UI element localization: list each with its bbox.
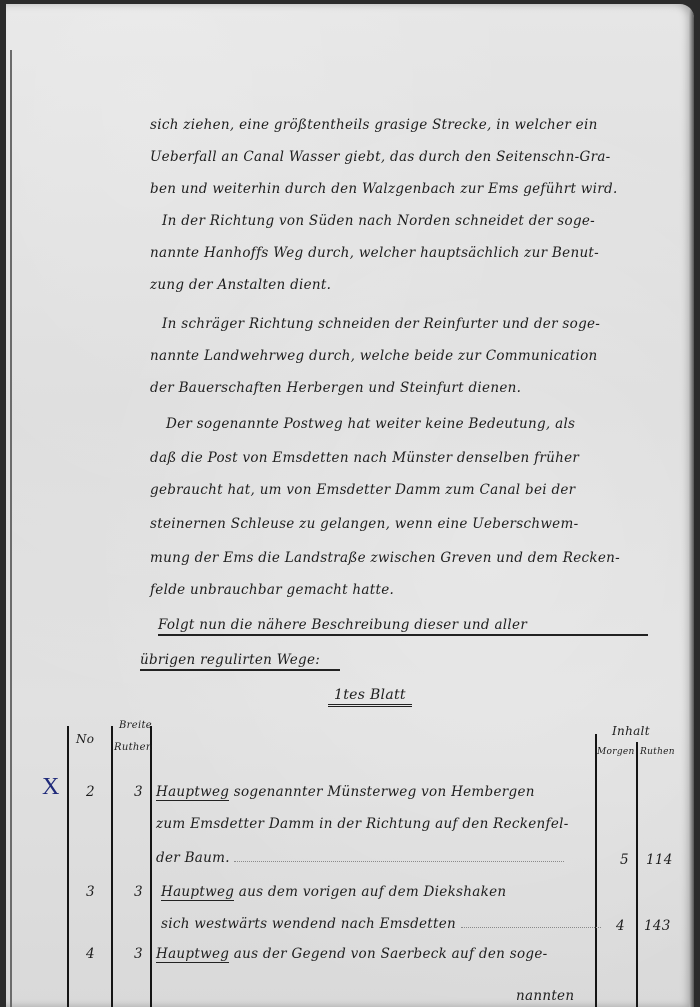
prose-line: felde unbrauchbar gemacht hatte. [150, 582, 394, 598]
row-description-line: sich westwärts wendend nach Emsdetten [161, 916, 601, 932]
prose-line: ben und weiterhin durch den Walzgenbach … [150, 181, 618, 197]
table-rule-morgen [636, 742, 638, 1003]
dotted-leader [234, 860, 564, 862]
road-type: Hauptweg [156, 784, 229, 801]
prose-line: der Bauerschaften Herbergen und Steinfur… [150, 380, 521, 396]
table-rule-no [111, 726, 113, 1003]
dotted-leader [461, 926, 601, 928]
header-ruthen: Ruthen [640, 747, 675, 757]
header-number: No [76, 732, 94, 746]
row-description-line: nannten [516, 988, 574, 1003]
table-rule-desc [595, 734, 597, 1003]
margin-annotation-x: X [42, 774, 59, 801]
table-rule-left [67, 726, 69, 1003]
prose-line: steinernen Schleuse zu gelangen, wenn ei… [150, 516, 578, 532]
row-description-text: der Baum. [156, 850, 230, 866]
header-content: Inhalt [612, 724, 650, 738]
row-description-line: der Baum. [156, 850, 564, 866]
row-number: 3 [86, 884, 95, 900]
heading-line-1: Folgt nun die nähere Beschreibung dieser… [158, 617, 648, 636]
row-number: 4 [86, 946, 95, 962]
row-description-rest: sogenannter Münsterweg von Hembergen [229, 784, 535, 800]
header-width-top: Breite [119, 720, 152, 731]
manuscript-page: sich ziehen, eine größtentheils grasige … [6, 4, 694, 1003]
header-width-bottom: Ruthen [114, 742, 153, 753]
heading-line-2: übrigen regulirten Wege: [140, 652, 340, 671]
prose-line: In schräger Richtung schneiden der Reinf… [162, 316, 600, 332]
table-rule-breite [150, 726, 152, 1003]
prose-line: gebraucht hat, um von Emsdetter Damm zum… [150, 482, 575, 498]
sheet-title: 1tes Blatt [328, 687, 412, 707]
road-type: Hauptweg [161, 884, 234, 901]
row-description-rest: aus dem vorigen auf dem Diekshaken [234, 884, 506, 900]
prose-line: sich ziehen, eine größtentheils grasige … [150, 117, 598, 133]
row-morgen: 4 [616, 918, 625, 934]
header-morgen: Morgen [597, 747, 635, 757]
prose-line: nannte Landwehrweg durch, welche beide z… [150, 348, 598, 364]
prose-line: daß die Post von Emsdetten nach Münster … [150, 450, 579, 466]
binding-edge [10, 50, 12, 1003]
row-description-line: zum Emsdetter Damm in der Richtung auf d… [156, 816, 569, 832]
row-description-line: Hauptweg aus dem vorigen auf dem Dieksha… [161, 884, 506, 900]
row-description-text: sich westwärts wendend nach Emsdetten [161, 916, 456, 932]
row-ruthen: 143 [644, 918, 671, 934]
row-number: 2 [86, 784, 95, 800]
prose-line: mung der Ems die Landstraße zwischen Gre… [150, 550, 620, 566]
road-type: Hauptweg [156, 946, 229, 963]
row-width: 3 [134, 946, 143, 962]
row-ruthen: 114 [646, 852, 673, 868]
prose-line: zung der Anstalten dient. [150, 277, 331, 293]
prose-line: nannte Hanhoffs Weg durch, welcher haupt… [150, 245, 599, 261]
prose-line: Der sogenannte Postweg hat weiter keine … [166, 416, 575, 432]
row-morgen: 5 [620, 852, 629, 868]
row-description-line: Hauptweg aus der Gegend von Saerbeck auf… [156, 946, 547, 962]
row-description-line: Hauptweg sogenannter Münsterweg von Hemb… [156, 784, 535, 800]
row-width: 3 [134, 784, 143, 800]
row-width: 3 [134, 884, 143, 900]
prose-line: Ueberfall an Canal Wasser giebt, das dur… [150, 149, 611, 165]
row-description-rest: aus der Gegend von Saerbeck auf den soge… [229, 946, 547, 962]
page-edge-shadow [689, 4, 694, 1003]
prose-line: In der Richtung von Süden nach Norden sc… [162, 213, 595, 229]
